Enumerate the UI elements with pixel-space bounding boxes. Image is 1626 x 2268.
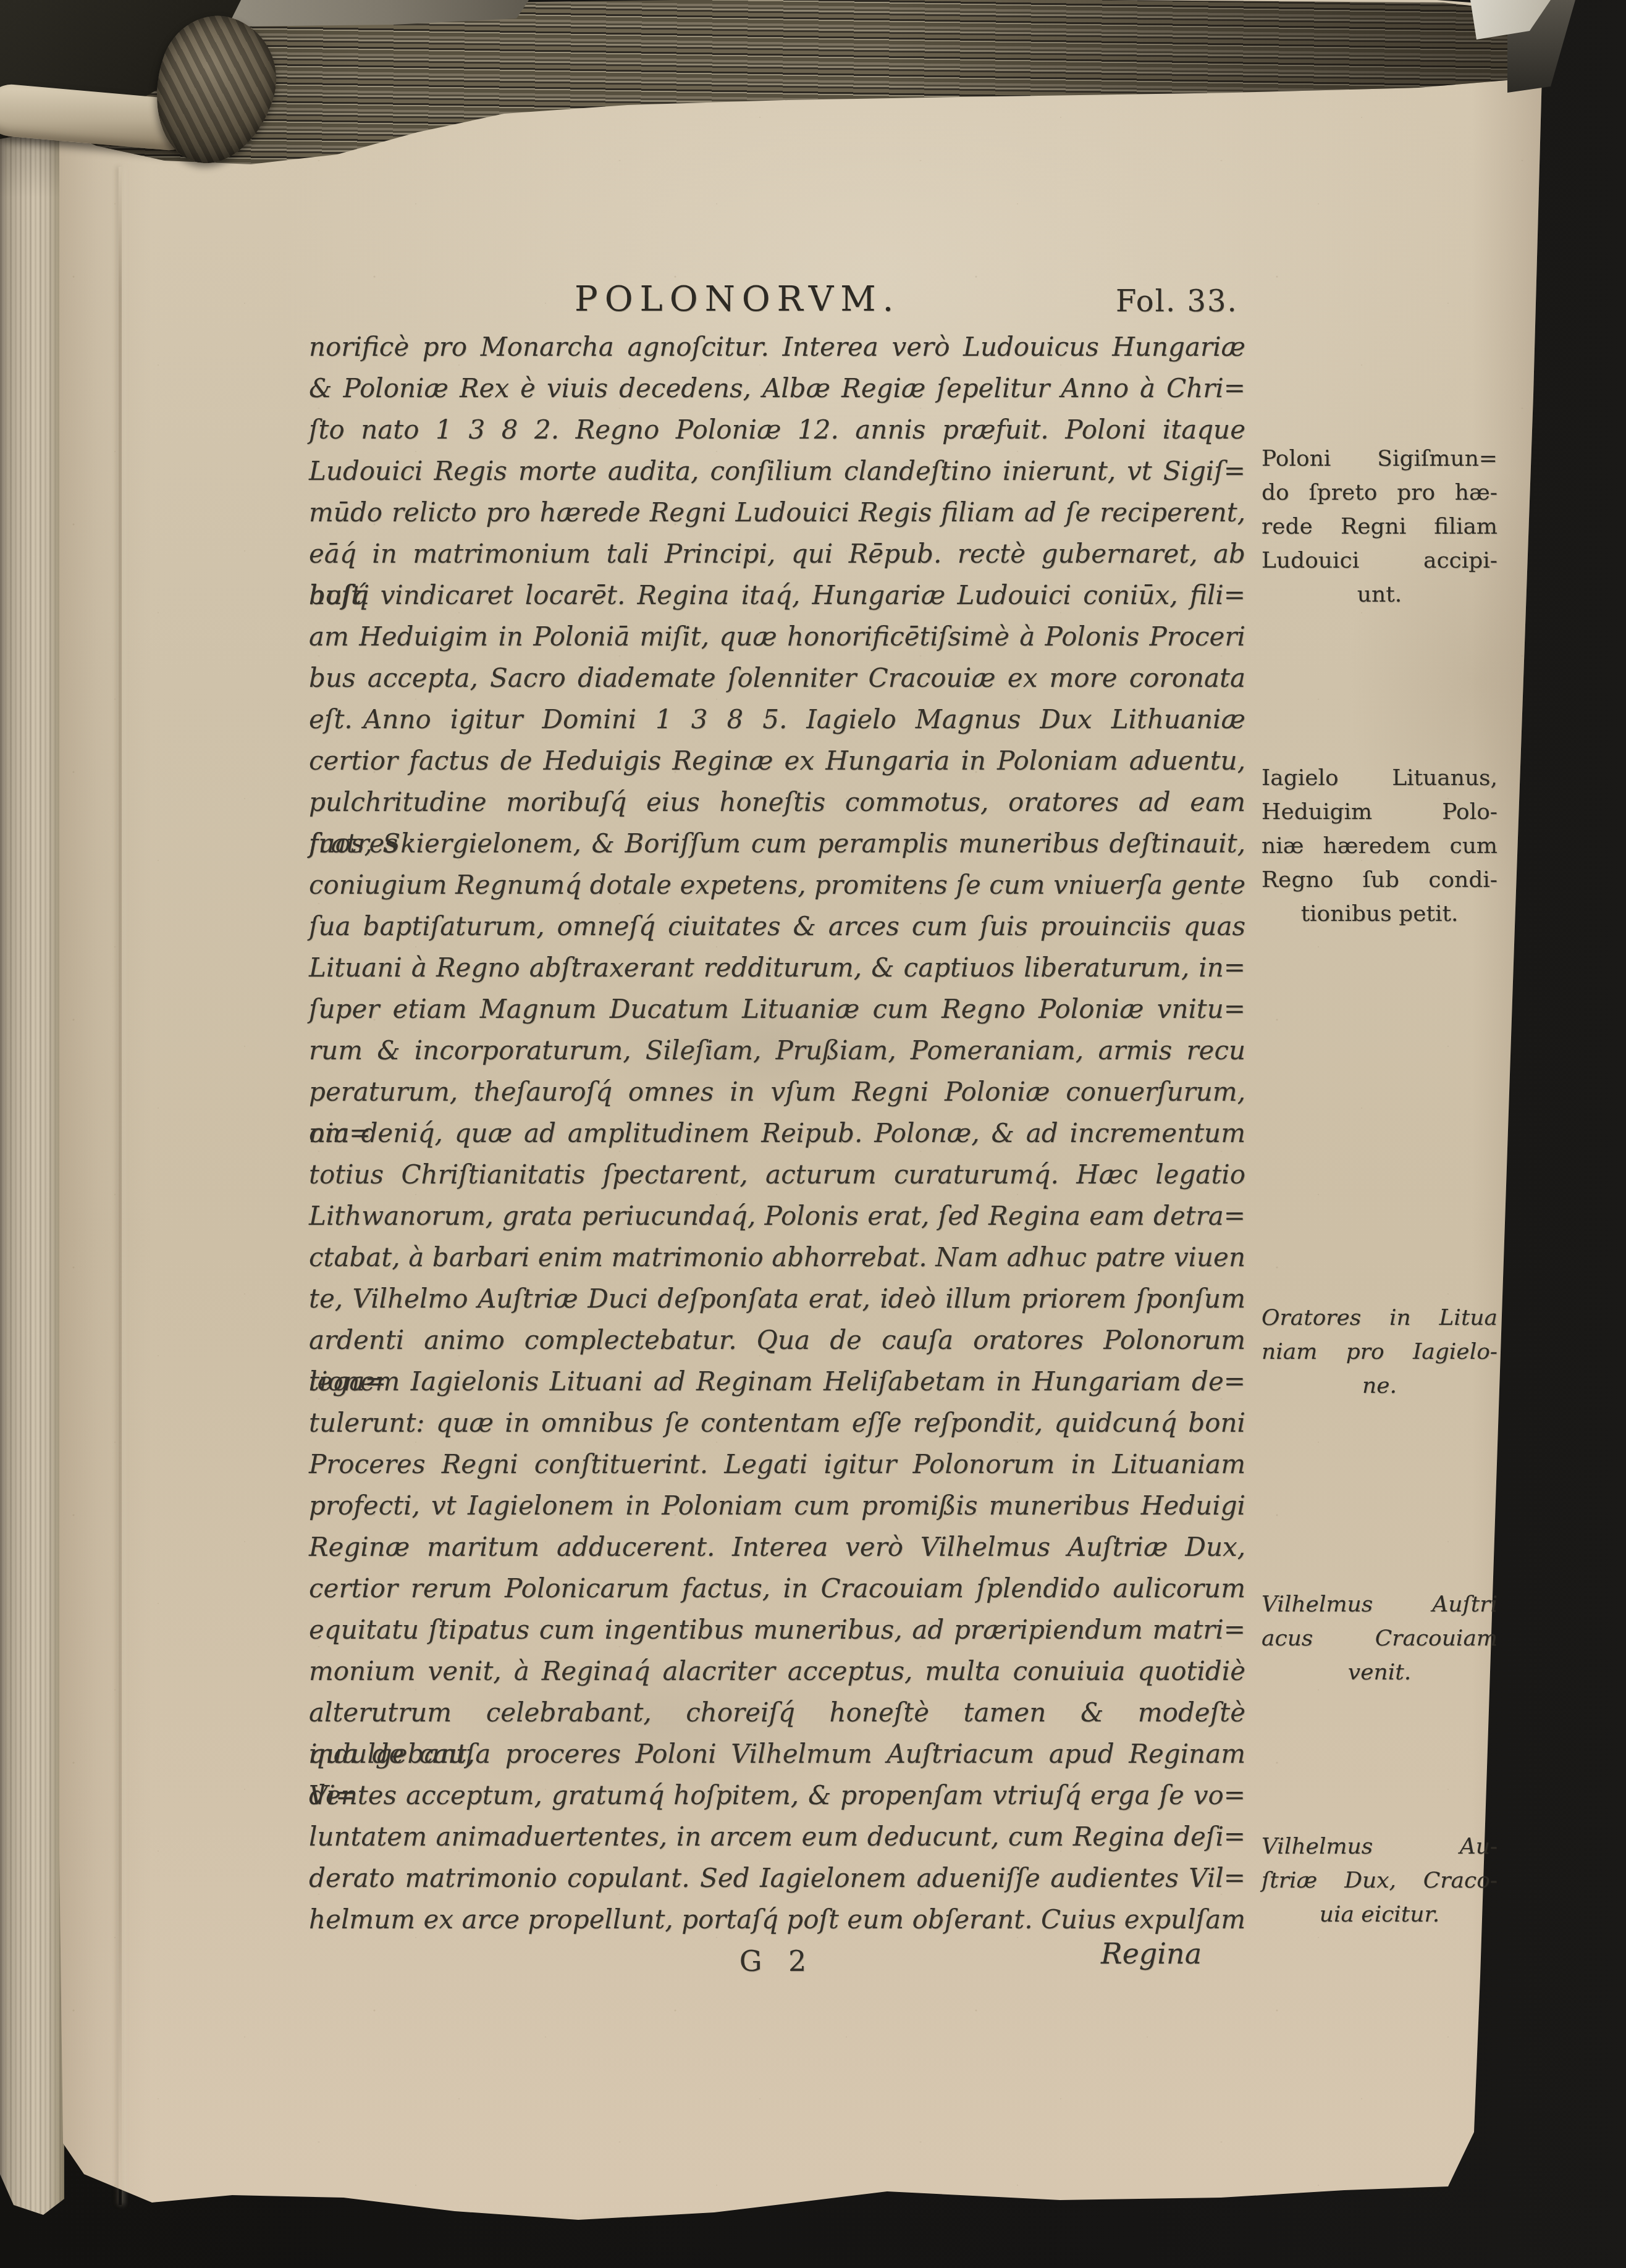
body-line: Ludouici Regis morte audita, conſilium c… bbox=[309, 450, 1245, 492]
body-line: ctabat, à barbari enim matrimonio abhorr… bbox=[309, 1237, 1245, 1278]
body-line: coniugium Regnumq́ dotale expetens, prom… bbox=[309, 864, 1245, 905]
body-line: ardenti animo complectebatur. Qua de cau… bbox=[309, 1319, 1245, 1361]
margin-note-line: Iagielo Lituanus, bbox=[1262, 761, 1498, 795]
scan-background: POLONORVM. Fol. 33. norificè pro Monarch… bbox=[0, 0, 1626, 2268]
margin-note-line: Regno ſub condi- bbox=[1262, 863, 1498, 897]
catchword: Regina bbox=[1101, 1937, 1202, 1970]
margin-note-line: Vilhelmus Auſtri bbox=[1262, 1587, 1498, 1621]
body-line: helmum ex arce propellunt, portaſq́ poſt… bbox=[309, 1899, 1245, 1940]
margin-note-line: niæ hæredem cum bbox=[1262, 829, 1498, 863]
body-line-paragraph-start: Anno igitur Domini 1 3 8 5. Iagielo Magn… bbox=[309, 699, 1245, 740]
body-line: totius Chriſtianitatis ſpectarent, actur… bbox=[309, 1154, 1245, 1195]
folio-number: Fol. 33. bbox=[1116, 284, 1238, 319]
body-line: te, Vilhelmo Auſtriæ Duci deſponſata era… bbox=[309, 1278, 1245, 1319]
body-line: ſuos, Skiergielonem, & Boriſſum cum pera… bbox=[309, 823, 1245, 864]
body-line: luntatem animaduertentes, in arcem eum d… bbox=[309, 1816, 1245, 1857]
body-line: mūdo relicto pro hærede Regni Ludouici R… bbox=[309, 492, 1245, 533]
body-line: certior factus de Heduigis Reginæ ex Hun… bbox=[309, 740, 1245, 781]
body-line: ſuper etiam Magnum Ducatum Lituaniæ cum … bbox=[309, 988, 1245, 1030]
margin-note-line: Poloni Sigiſmun= bbox=[1262, 442, 1498, 476]
body-line: tionem Iagielonis Lituani ad Reginam Hel… bbox=[309, 1361, 1245, 1402]
margin-note-line: uia eicitur. bbox=[1262, 1897, 1498, 1931]
body-text-block: norificè pro Monarcha agnoſcitur. Intere… bbox=[309, 326, 1245, 1940]
body-line: certior rerum Polonicarum factus, in Cra… bbox=[309, 1568, 1245, 1609]
body-line: Reginæ maritum adducerent. Interea verò … bbox=[309, 1526, 1245, 1568]
margin-note-line: venit. bbox=[1262, 1655, 1498, 1689]
body-line: ſto nato 1 3 8 2. Regno Poloniæ 12. anni… bbox=[309, 409, 1245, 450]
printed-content: POLONORVM. Fol. 33. norificè pro Monarch… bbox=[0, 0, 1626, 2268]
margin-note: Vilhelmus Au- ſtriæ Dux, Craco- uia eici… bbox=[1262, 1829, 1498, 1931]
margin-note-line: do ſpreto pro hæ- bbox=[1262, 476, 1498, 510]
body-line: bus accepta, Sacro diademate ſolenniter … bbox=[309, 657, 1245, 699]
margin-note-line: ſtriæ Dux, Craco- bbox=[1262, 1863, 1498, 1897]
margin-note-line: Vilhelmus Au- bbox=[1262, 1829, 1498, 1863]
body-line: am Heduigim in Poloniā miſit, quæ honori… bbox=[309, 616, 1245, 657]
body-line: monium venit, à Reginaq́ alacriter accep… bbox=[309, 1650, 1245, 1692]
body-line: profecti, vt Iagielonem in Poloniam cum … bbox=[309, 1485, 1245, 1526]
margin-note-line: acus Cracouiam bbox=[1262, 1621, 1498, 1655]
body-line: qua de cauſa proceres Poloni Vilhelmum A… bbox=[309, 1733, 1245, 1774]
body-line: equitatu ſtipatus cum ingentibus munerib… bbox=[309, 1609, 1245, 1650]
body-line: peraturum, theſauroſq́ omnes in vſum Reg… bbox=[309, 1071, 1245, 1112]
margin-note-line: Ludouici accipi- bbox=[1262, 544, 1498, 577]
body-line: Lithwanorum, grata periucundaq́, Polonis… bbox=[309, 1195, 1245, 1237]
body-line: dentes acceptum, gratumq́ hoſpitem, & pr… bbox=[309, 1774, 1245, 1816]
margin-note: Iagielo Lituanus, Heduigim Polo- niæ hær… bbox=[1262, 761, 1498, 931]
margin-note-line: rede Regni filiam bbox=[1262, 510, 1498, 544]
body-line: nia deniq́, quæ ad amplitudinem Reipub. … bbox=[309, 1112, 1245, 1154]
margin-note-line: tionibus petit. bbox=[1262, 897, 1498, 931]
body-line: norificè pro Monarcha agnoſcitur. Intere… bbox=[309, 326, 1245, 367]
body-line: buſq́ vindicaret locarēt. Regina itaq́, … bbox=[309, 574, 1245, 616]
margin-note-line: Oratores in Litua bbox=[1262, 1301, 1498, 1335]
running-head: POLONORVM. bbox=[575, 279, 900, 319]
margin-note: Oratores in Litua niam pro Iagielo- ne. bbox=[1262, 1301, 1498, 1403]
margin-note: Poloni Sigiſmun= do ſpreto pro hæ- rede … bbox=[1262, 442, 1498, 611]
margin-note-line: niam pro Iagielo- bbox=[1262, 1335, 1498, 1369]
margin-note: Vilhelmus Auſtri acus Cracouiam venit. bbox=[1262, 1587, 1498, 1689]
body-line: ſua baptiſaturum, omneſq́ ciuitates & ar… bbox=[309, 905, 1245, 947]
margin-note-line: ne. bbox=[1262, 1369, 1498, 1403]
margin-note-line: unt. bbox=[1262, 577, 1498, 611]
body-line: eāq́ in matrimonium tali Principi, qui R… bbox=[309, 533, 1245, 574]
body-line: & Poloniæ Rex è viuis decedens, Albæ Reg… bbox=[309, 367, 1245, 409]
body-line: Proceres Regni conſtituerint. Legati igi… bbox=[309, 1443, 1245, 1485]
body-line: rum & incorporaturum, Sileſiam, Prußiam,… bbox=[309, 1030, 1245, 1071]
body-line: tulerunt: quæ in omnibus ſe contentam eſ… bbox=[309, 1402, 1245, 1443]
body-line: derato matrimonio copulant. Sed Iagielon… bbox=[309, 1857, 1245, 1899]
body-line: Lituani à Regno abſtraxerant redditurum,… bbox=[309, 947, 1245, 988]
body-line: pulchritudine moribuſq́ eius honeſtis co… bbox=[309, 781, 1245, 823]
body-line: alterutrum celebrabant, choreiſq́ honeſt… bbox=[309, 1692, 1245, 1733]
margin-note-line: Heduigim Polo- bbox=[1262, 795, 1498, 829]
